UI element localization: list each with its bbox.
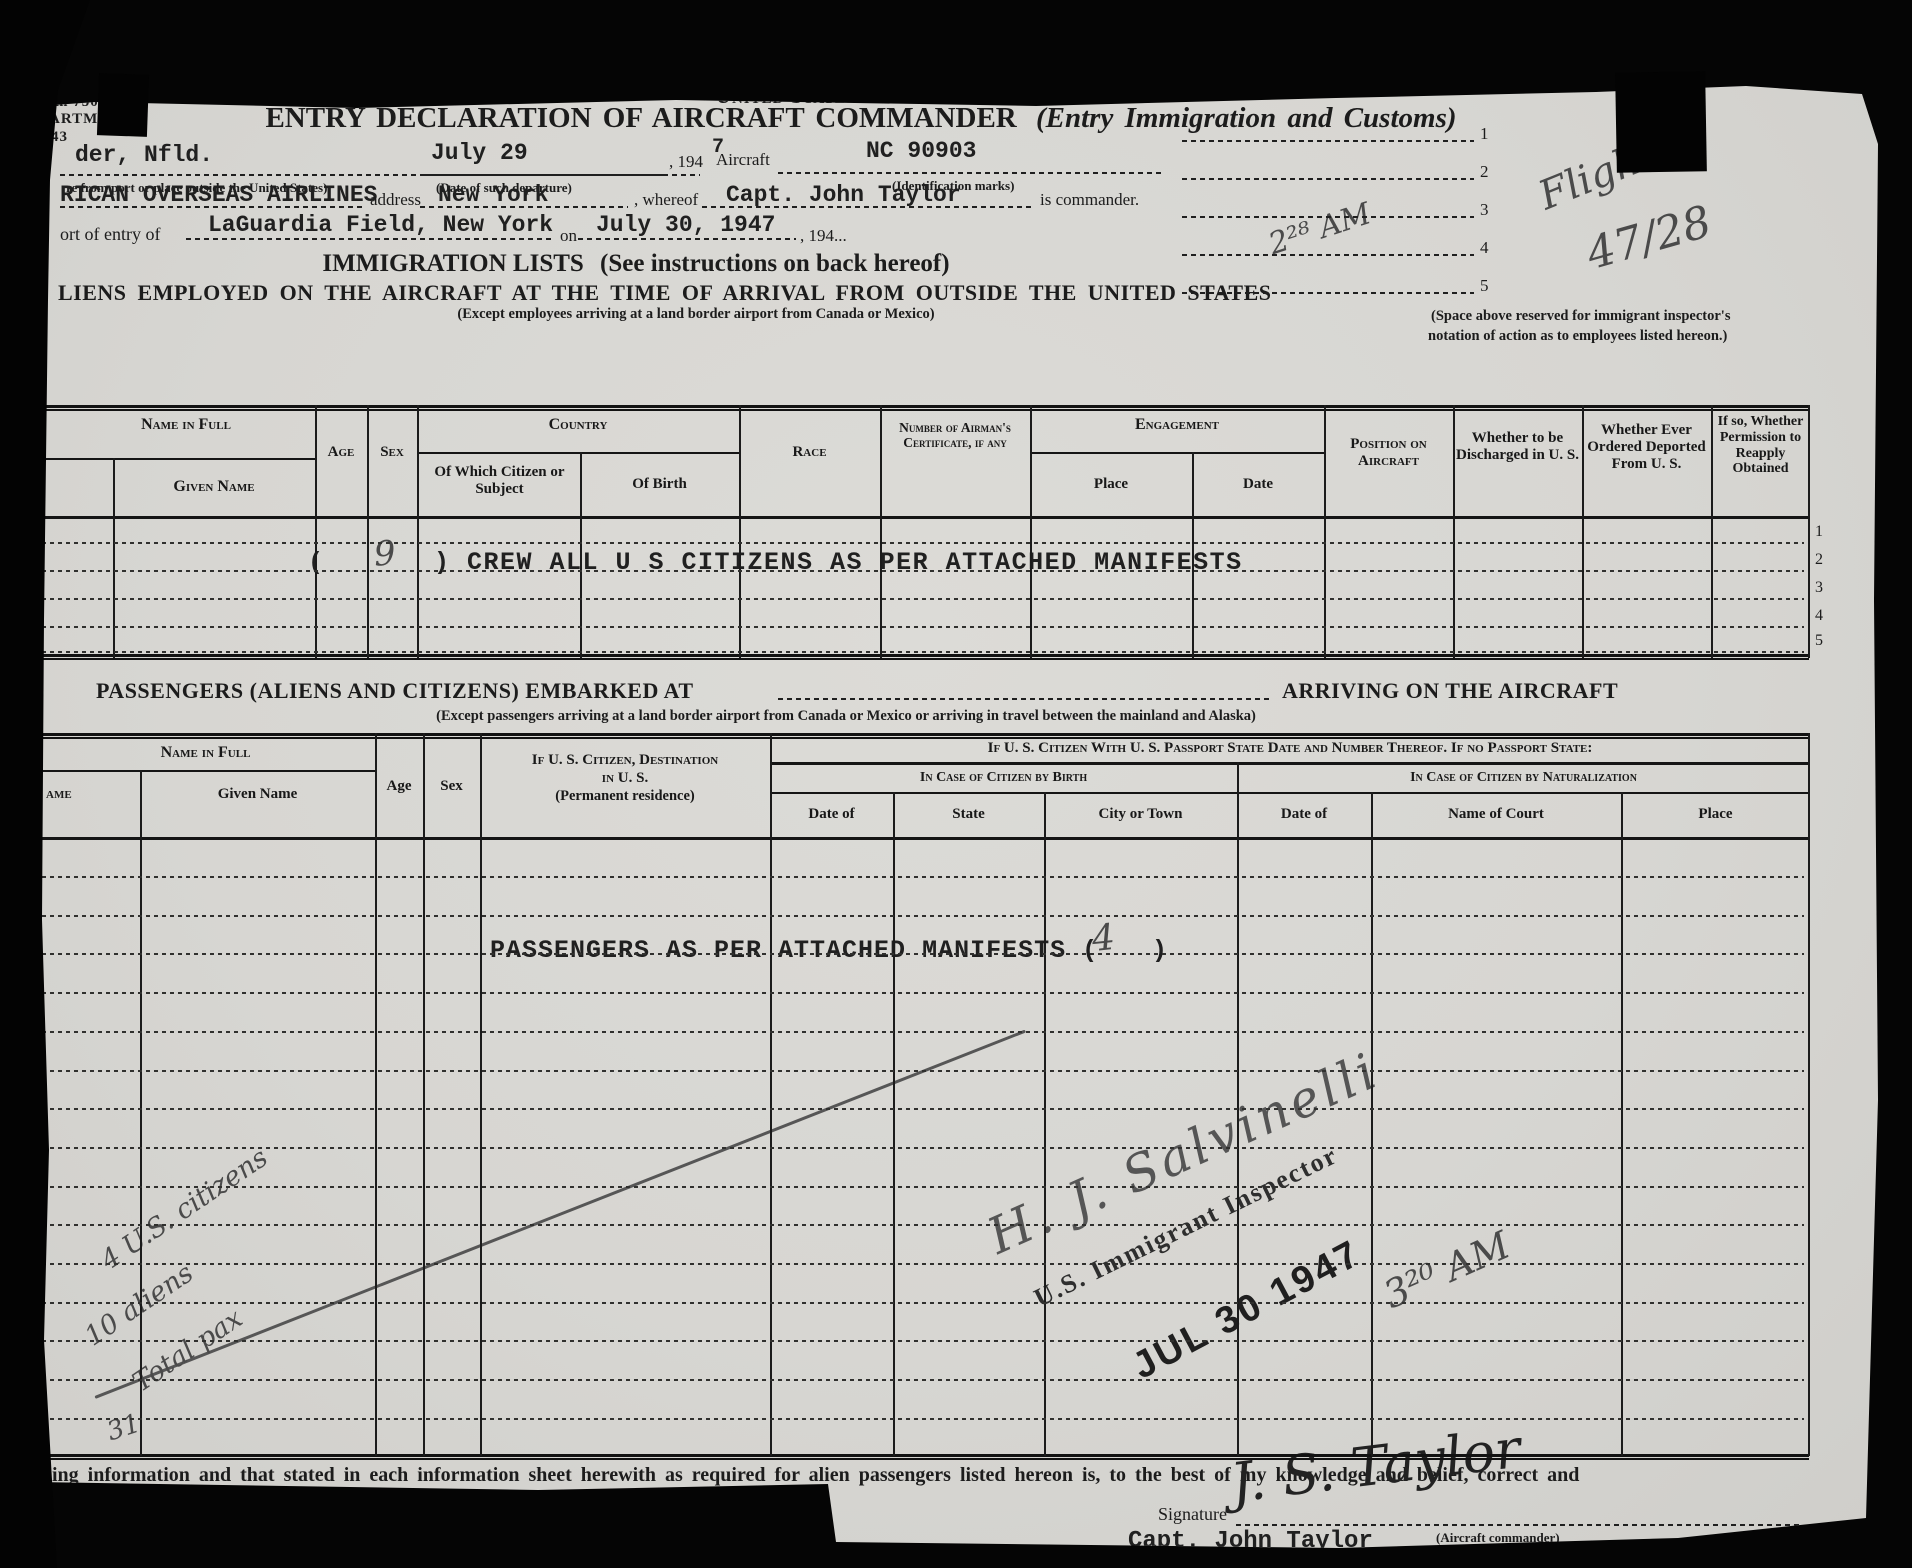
passenger-row-line xyxy=(42,1224,1804,1226)
crew-column-line xyxy=(315,405,317,658)
form-title: ENTRY DECLARATION OF AIRCRAFT COMMANDER … xyxy=(206,102,1516,135)
passengers-heading-right: ARRIVING ON THE AIRCRAFT xyxy=(1282,678,1618,704)
commander-suffix: is commander. xyxy=(1040,190,1139,210)
crew-col-deported: Whether Ever Ordered Deported From U. S. xyxy=(1584,422,1709,473)
passenger-column-line xyxy=(140,770,142,1456)
entry-year-suffix: , 194... xyxy=(800,226,847,246)
port-of-entry-line xyxy=(186,238,554,240)
form-title-paren: (Entry Immigration and Customs) xyxy=(1036,102,1457,134)
crew-column-line xyxy=(739,405,741,658)
inspector-space-note-2: notation of action as to employees liste… xyxy=(1428,328,1727,345)
crew-column-line xyxy=(1808,405,1810,658)
table-rule xyxy=(1237,792,1810,794)
table-rule xyxy=(42,654,1809,660)
immigration-heading: IMMIGRATION LISTS (See instructions on b… xyxy=(236,250,1036,278)
immigration-subheading: LIENS EMPLOYED ON THE AIRCRAFT AT THE TI… xyxy=(58,280,1272,306)
pax-col-court: Name of Court xyxy=(1371,806,1621,823)
immigration-exception: (Except employees arriving at a land bor… xyxy=(326,306,1066,323)
signature-caption: (Aircraft commander) xyxy=(1436,1530,1560,1546)
pax-group-naturalization: In Case of Citizen by Naturalization xyxy=(1237,770,1810,786)
crew-col-citizen: Of Which Citizen or Subject xyxy=(421,464,578,498)
crew-row-number: 3 xyxy=(1815,579,1823,597)
pax-col-destination-3: (Permanent residence) xyxy=(484,788,766,804)
passenger-row-line xyxy=(42,1147,1804,1149)
passenger-column-line xyxy=(423,733,425,1456)
pax-col-city: City or Town xyxy=(1044,806,1237,823)
pax-group-birth: In Case of Citizen by Birth xyxy=(770,770,1237,786)
passenger-row-line xyxy=(42,1340,1804,1342)
passengers-heading-left: PASSENGERS (ALIENS AND CITIZENS) EMBARKE… xyxy=(96,678,694,704)
passenger-row-line xyxy=(42,1031,1804,1033)
commander-value: Capt. John Taylor xyxy=(726,182,961,208)
address-label: address xyxy=(370,190,421,210)
passenger-row-line xyxy=(42,915,1804,917)
typed-name-underscore xyxy=(1376,1552,1476,1554)
passengers-exception: (Except passengers arriving at a land bo… xyxy=(306,708,1386,725)
table-rule xyxy=(1030,452,1324,454)
pax-col-age: Age xyxy=(375,778,423,795)
inspector-notation-line xyxy=(1182,216,1474,218)
scanned-document: m 7507 ARTMENT 43 United States of Ameri… xyxy=(0,0,1912,1568)
crew-row-line xyxy=(42,651,1804,653)
crew-col-given-name: Given Name xyxy=(113,478,315,496)
immigration-heading-paren: (See instructions on back hereof) xyxy=(600,250,950,277)
whereof-label: , whereof xyxy=(634,190,698,210)
pax-col-place: Place xyxy=(1621,806,1810,823)
table-rule xyxy=(42,1454,1809,1460)
inspector-notation-line xyxy=(1182,254,1474,256)
crew-column-line xyxy=(880,405,882,658)
table-rule xyxy=(770,792,1237,794)
signature-label: Signature xyxy=(1158,1504,1227,1525)
inspector-line-number: 3 xyxy=(1480,200,1489,220)
crew-column-line xyxy=(1324,405,1326,658)
scan-notch-right xyxy=(1615,71,1707,173)
table-rule xyxy=(42,458,315,460)
pax-col-destination-1: If U. S. Citizen, Destination xyxy=(484,752,766,769)
passenger-row-line xyxy=(42,1302,1804,1304)
airline-value: RICAN OVERSEAS AIRLINES xyxy=(60,182,377,208)
pax-col-sex: Sex xyxy=(423,778,480,795)
inspector-line-number: 2 xyxy=(1480,162,1489,182)
crew-row-line xyxy=(42,570,1804,572)
aircraft-value: NC 90903 xyxy=(866,138,976,164)
passenger-column-line xyxy=(893,792,895,1456)
crew-col-engagement: Engagement xyxy=(1030,416,1324,434)
handwritten-note-citizens: 4 U.S. citizens xyxy=(95,1142,273,1276)
year-prefix: , 194 xyxy=(669,152,703,172)
passenger-column-line xyxy=(770,733,772,1456)
inspector-space-note-1: (Space above reserved for immigrant insp… xyxy=(1431,308,1730,325)
pax-passport-note: If U. S. Citizen With U. S. Passport Sta… xyxy=(770,740,1810,757)
address-value: New York xyxy=(438,182,548,208)
crew-row-line xyxy=(42,598,1804,600)
entry-date-value: July 30, 1947 xyxy=(596,212,775,238)
crew-column-line xyxy=(113,458,115,658)
inspector-notation-line xyxy=(1182,178,1474,180)
table-rule xyxy=(42,837,1809,840)
crew-col-birth: Of Birth xyxy=(580,476,739,493)
crew-col-reapply: If so, Whether Permission to Reapply Obt… xyxy=(1713,414,1808,477)
crew-col-date: Date xyxy=(1192,476,1324,493)
passenger-row-line xyxy=(42,1418,1804,1420)
crew-col-position: Position on Aircraft xyxy=(1326,436,1451,470)
crew-column-line xyxy=(1582,405,1584,658)
passenger-column-line xyxy=(1044,792,1046,1456)
handwritten-flight-number: 47/28 xyxy=(1581,196,1717,280)
address-line xyxy=(420,206,628,208)
form-title-main: ENTRY DECLARATION OF AIRCRAFT COMMANDER xyxy=(265,102,1016,134)
port-of-entry-label: ort of entry of xyxy=(60,224,160,245)
inspector-line-number: 4 xyxy=(1480,238,1489,258)
crew-column-line xyxy=(1711,405,1713,658)
crew-row-line xyxy=(42,542,1804,544)
crew-column-line xyxy=(1030,405,1032,658)
passenger-column-line xyxy=(375,733,377,1456)
immigration-heading-main: IMMIGRATION LISTS xyxy=(322,250,583,277)
form-page: m 7507 ARTMENT 43 United States of Ameri… xyxy=(36,80,1878,1550)
crew-row-number: 4 xyxy=(1815,607,1823,625)
crew-row-number: 5 xyxy=(1815,632,1823,650)
crew-entry-text: ) CREW ALL U S CITIZENS AS PER ATTACHED … xyxy=(434,548,1243,577)
aircraft-line xyxy=(778,172,1164,174)
crew-row-line xyxy=(42,626,1804,628)
pax-col-state: State xyxy=(893,806,1044,823)
embarked-at-line xyxy=(778,698,1270,700)
pax-col-date-of-birth: Date of xyxy=(770,806,893,823)
table-rule xyxy=(770,762,1810,765)
pax-entry-close-paren: ) xyxy=(1152,936,1167,965)
passenger-row-line xyxy=(42,1379,1804,1381)
scan-notch-left xyxy=(97,73,149,137)
crew-column-line xyxy=(367,405,369,658)
crew-col-race: Race xyxy=(739,444,880,461)
handwritten-arrival-time: 2²⁸ AM xyxy=(1265,196,1376,262)
inspector-notation-line xyxy=(1182,292,1474,294)
pax-entry-text: PASSENGERS AS PER ATTACHED MANIFESTS ( xyxy=(490,936,1098,965)
passenger-column-line xyxy=(1371,792,1373,1456)
pax-col-name-partial: ame xyxy=(46,786,72,803)
crew-col-sex: Sex xyxy=(367,444,417,461)
entry-date-line xyxy=(578,238,796,240)
inspector-notation-line xyxy=(1182,140,1474,142)
passenger-row-line xyxy=(42,876,1804,878)
pax-col-name: Name in Full xyxy=(46,744,365,762)
passenger-row-line xyxy=(42,1070,1804,1072)
inspector-line-number: 5 xyxy=(1480,276,1489,296)
crew-col-country: Country xyxy=(417,416,739,434)
passenger-column-line xyxy=(1621,792,1623,1456)
aircraft-label: Aircraft xyxy=(716,150,770,170)
on-label: on xyxy=(560,226,577,246)
table-rule xyxy=(42,516,1809,519)
airline-line xyxy=(60,206,364,208)
pax-col-date-of-nat: Date of xyxy=(1237,806,1371,823)
crew-col-place: Place xyxy=(1030,476,1192,493)
table-rule xyxy=(42,405,1809,411)
handwritten-crew-count: 9 xyxy=(373,533,397,574)
crew-col-age: Age xyxy=(315,444,367,461)
signature-line xyxy=(1236,1524,1802,1526)
passenger-column-line xyxy=(480,733,482,1456)
crew-row-number: 2 xyxy=(1815,551,1823,569)
pen-stroke xyxy=(94,1030,1026,1399)
inspector-line-number: 1 xyxy=(1480,124,1489,144)
passenger-row-line xyxy=(42,953,1804,955)
table-rule xyxy=(417,452,739,454)
crew-column-line xyxy=(1453,405,1455,658)
crew-col-airman: Number of Airman's Certificate, if any xyxy=(883,420,1027,451)
passenger-row-line xyxy=(42,1186,1804,1188)
passenger-column-line xyxy=(1808,733,1810,1456)
date-stamp: JUL 30 1947 xyxy=(1126,1232,1369,1388)
pax-col-destination-2: in U. S. xyxy=(484,770,766,787)
passenger-row-line xyxy=(42,1263,1804,1265)
port-of-entry-value: LaGuardia Field, New York xyxy=(208,212,553,238)
table-rule xyxy=(42,770,375,772)
departure-date-line xyxy=(425,174,665,176)
departure-date-value: July 29 xyxy=(431,140,528,166)
departure-port-value: der, Nfld. xyxy=(75,142,213,168)
crew-col-discharged: Whether to be Discharged in U. S. xyxy=(1455,430,1580,464)
passenger-row-line xyxy=(42,992,1804,994)
crew-column-line xyxy=(417,405,419,658)
crew-row-number: 1 xyxy=(1815,523,1823,541)
crew-col-name: Name in Full xyxy=(56,416,316,434)
handwritten-note-number: 31 xyxy=(103,1409,144,1448)
pax-col-given-name: Given Name xyxy=(140,786,375,803)
table-rule xyxy=(42,733,1809,739)
commander-handwritten-signature: J. S. Taylor xyxy=(1227,1417,1524,1515)
passenger-row-line xyxy=(42,1108,1804,1110)
commander-typed-name: Capt. John Taylor xyxy=(1128,1528,1373,1555)
